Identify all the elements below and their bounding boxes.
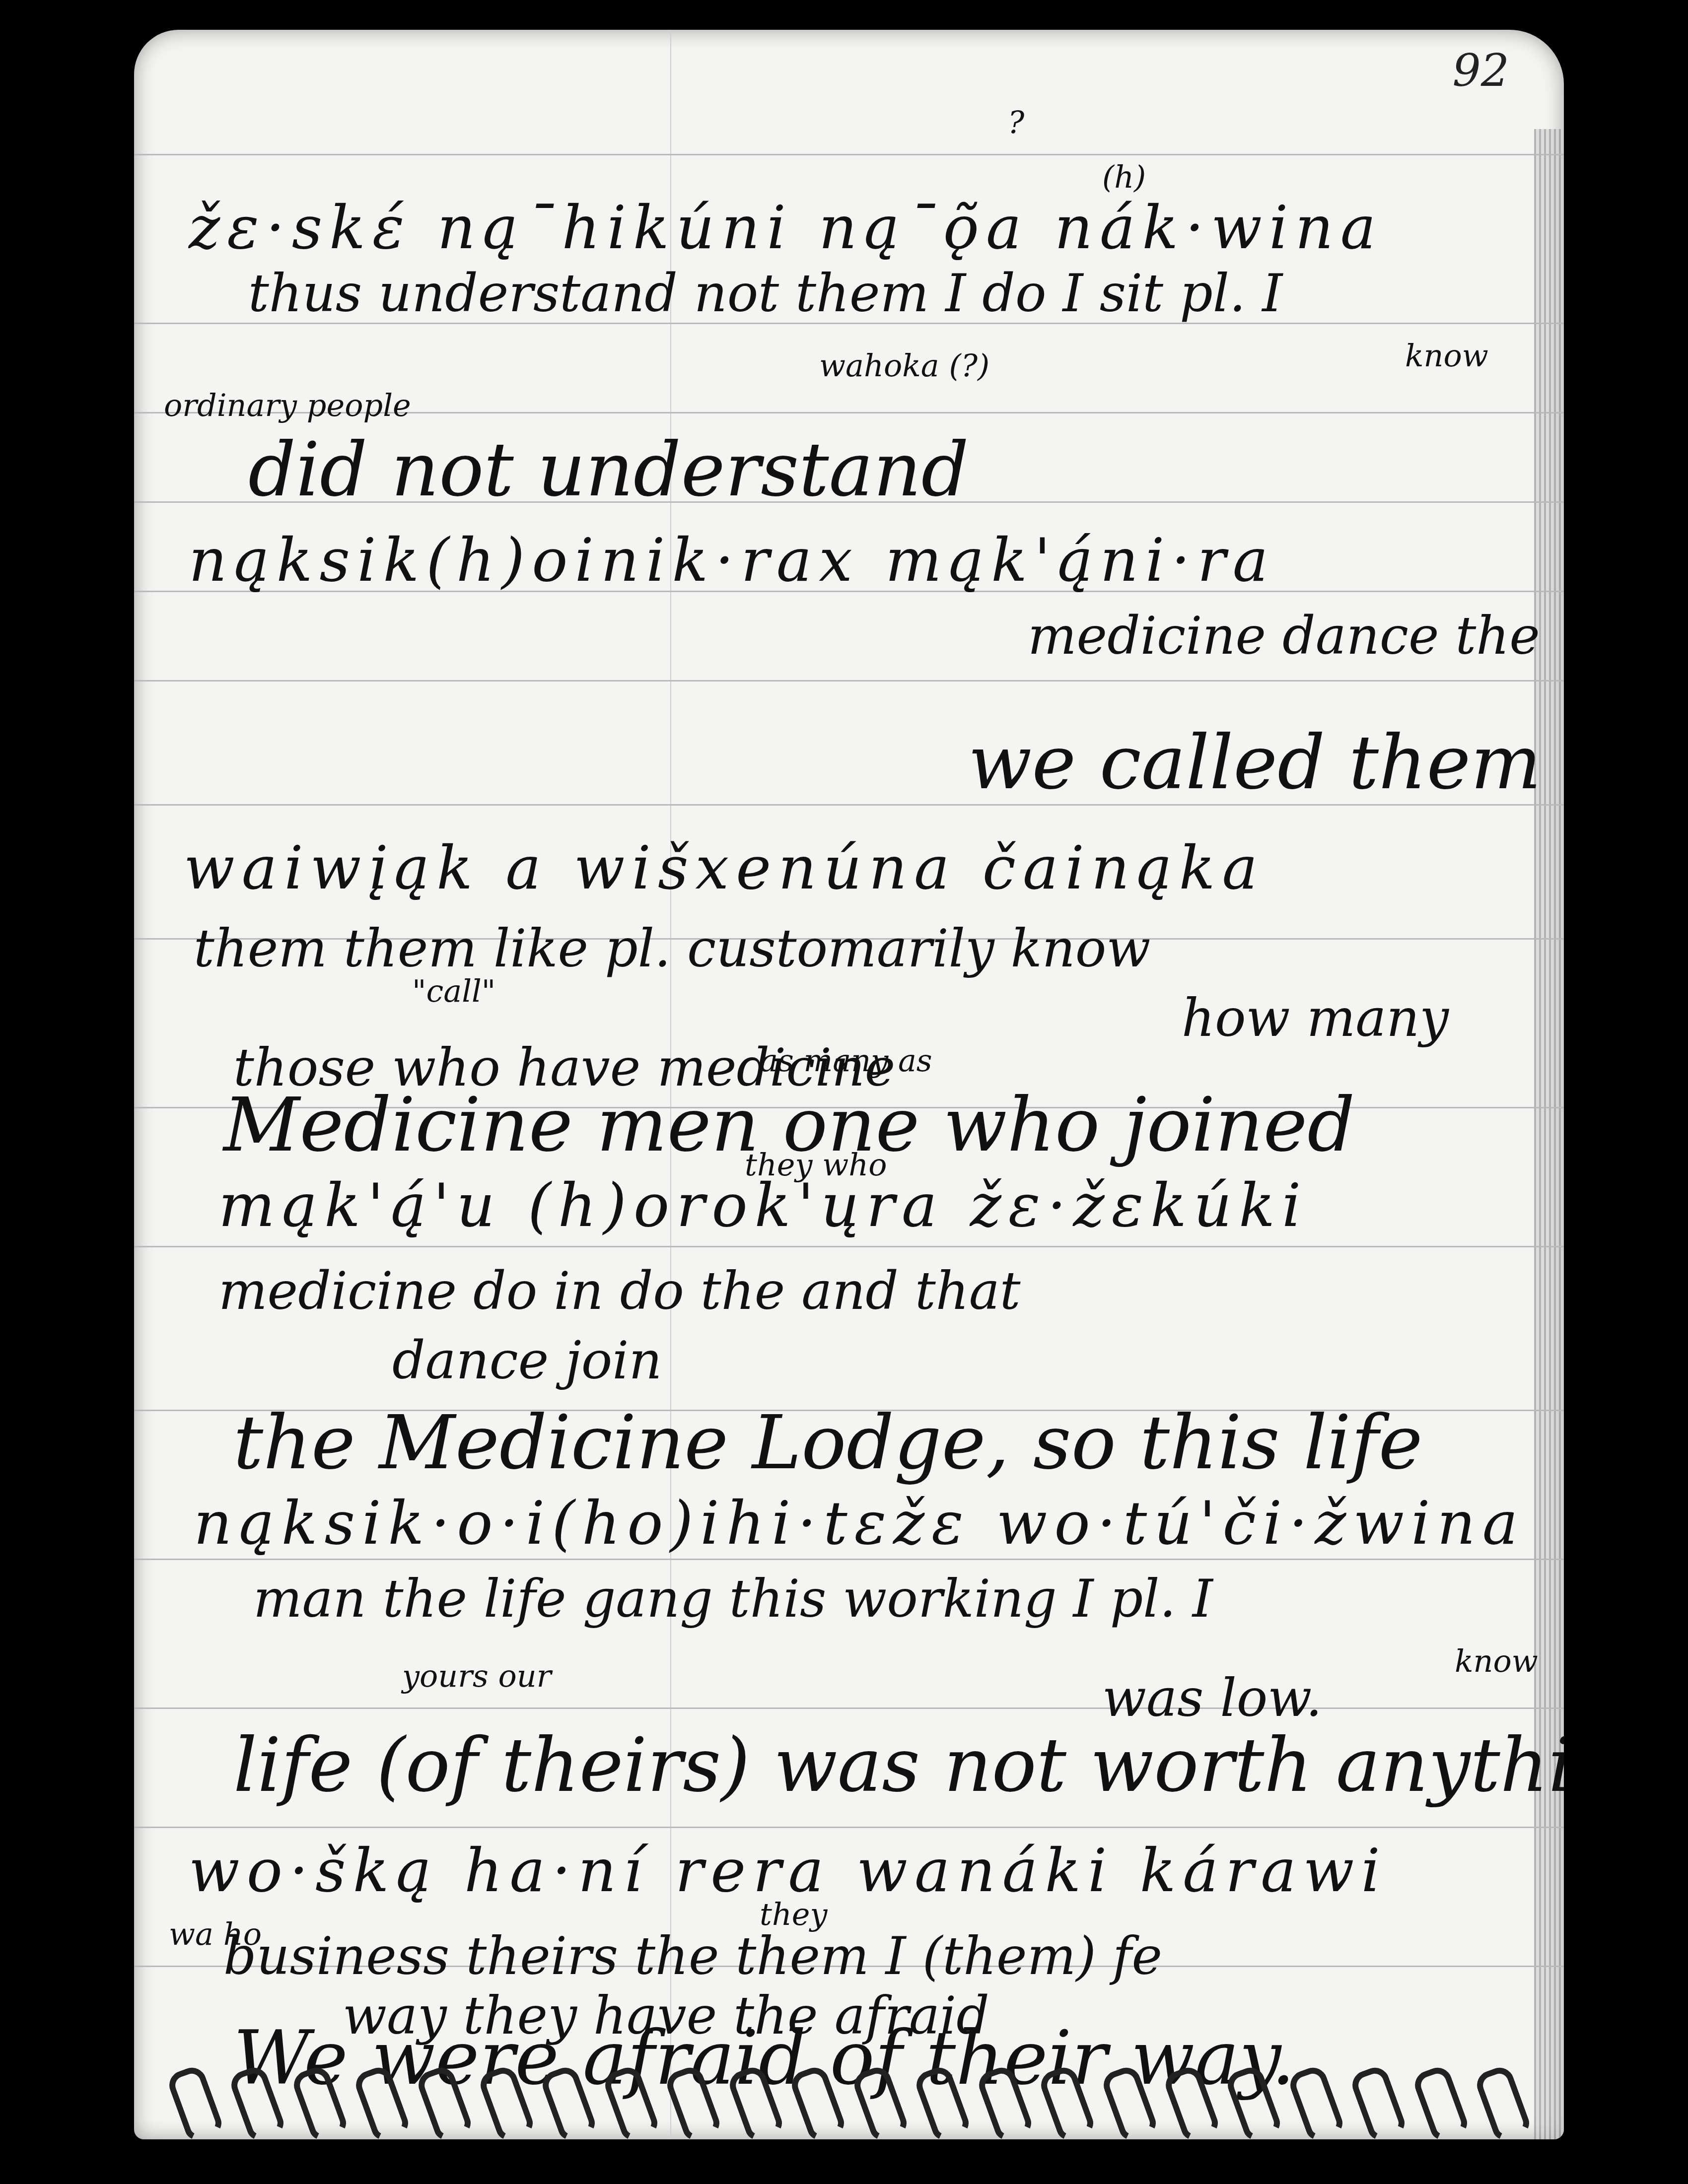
spiral-ring-icon	[289, 2063, 350, 2139]
spiral-ring-icon	[352, 2063, 412, 2139]
page-edge	[1534, 129, 1564, 2139]
gloss-line: how many	[1182, 988, 1449, 1048]
page-number: 92	[1452, 45, 1509, 97]
annotation: (h)	[1102, 159, 1146, 195]
gloss-line: medicine do in do the and that	[218, 1261, 1020, 1321]
spiral-ring-icon	[1099, 2063, 1159, 2139]
spiral-ring-icon	[539, 2063, 599, 2139]
native-text-line: nąksik·o·i(ho)ihi·tɛžɛ wo·tú'či·žwina	[194, 1489, 1525, 1558]
spiral-ring-icon	[1348, 2063, 1408, 2139]
spiral-ring-icon	[975, 2063, 1035, 2139]
native-text-line: žɛ·skɛ́ nąˉhikúni nąˉǫ̃a nák·wina	[189, 194, 1383, 263]
spiral-binding	[134, 2055, 1564, 2139]
spiral-ring-icon	[788, 2063, 848, 2139]
spiral-ring-icon	[601, 2063, 661, 2139]
spiral-ring-icon	[227, 2063, 287, 2139]
notebook-page: 92 ? (h) žɛ·skɛ́ nąˉhikúni nąˉǫ̃a nák·wi…	[134, 30, 1564, 2139]
spiral-ring-icon	[1224, 2063, 1284, 2139]
ruled-line	[134, 1246, 1564, 1247]
spiral-ring-icon	[414, 2063, 474, 2139]
gloss-line: business theirs the them I (them) fe	[223, 1926, 1162, 1986]
gloss-line: thus understand not them I do I sit pl. …	[248, 263, 1282, 324]
spiral-ring-icon	[725, 2063, 785, 2139]
native-text-line: mąk'ą́'u (h)orok'ųra žɛ·žɛkúki	[218, 1171, 1308, 1240]
spiral-ring-icon	[1162, 2063, 1222, 2139]
native-text-line: nąksik(h)oinik·rax mąk'ą́ni·ra	[189, 526, 1275, 595]
annotation: yours our	[402, 1658, 551, 1694]
translation-line: did not understand	[248, 427, 969, 513]
annotation: know	[1405, 338, 1488, 374]
spiral-ring-icon	[165, 2063, 225, 2139]
annotation: know	[1455, 1643, 1538, 1679]
gloss-line: man the life gang this working I pl. I	[253, 1569, 1213, 1629]
translation-line: the Medicine Lodge, so this life	[233, 1400, 1423, 1486]
native-text-line: wo·šką ha·ní rera wanáki kárawi	[189, 1837, 1387, 1906]
spiral-ring-icon	[1473, 2063, 1533, 2139]
annotation: as many as	[760, 1042, 932, 1079]
ruled-line	[134, 1559, 1564, 1560]
spiral-ring-icon	[850, 2063, 910, 2139]
ruled-line	[134, 680, 1564, 682]
spiral-ring-icon	[663, 2063, 723, 2139]
ruled-line	[134, 1707, 1564, 1709]
spiral-ring-icon	[1037, 2063, 1097, 2139]
annotation: ordinary people	[164, 387, 411, 423]
annotation: "call"	[412, 973, 495, 1009]
spiral-ring-icon	[1286, 2063, 1346, 2139]
annotation: they	[760, 1896, 828, 1932]
annotation: wahoka (?)	[819, 347, 989, 384]
ruled-line	[134, 1827, 1564, 1828]
gloss-line: was low.	[1102, 1668, 1322, 1728]
spiral-ring-icon	[913, 2063, 973, 2139]
ruled-line	[134, 154, 1564, 155]
gloss-line: medicine dance the	[1028, 606, 1540, 666]
spiral-ring-icon	[1410, 2063, 1471, 2139]
translation-line: life (of theirs) was not worth anything.	[233, 1722, 1564, 1809]
translation-line: we called them	[968, 720, 1542, 806]
gloss-line: them them like pl. customarily know	[194, 918, 1150, 979]
native-text-line: waiwįąk a wišxenúna čainąka	[184, 834, 1265, 903]
gloss-line: dance join	[392, 1330, 662, 1391]
spiral-ring-icon	[477, 2063, 537, 2139]
annotation: ?	[1008, 104, 1024, 140]
